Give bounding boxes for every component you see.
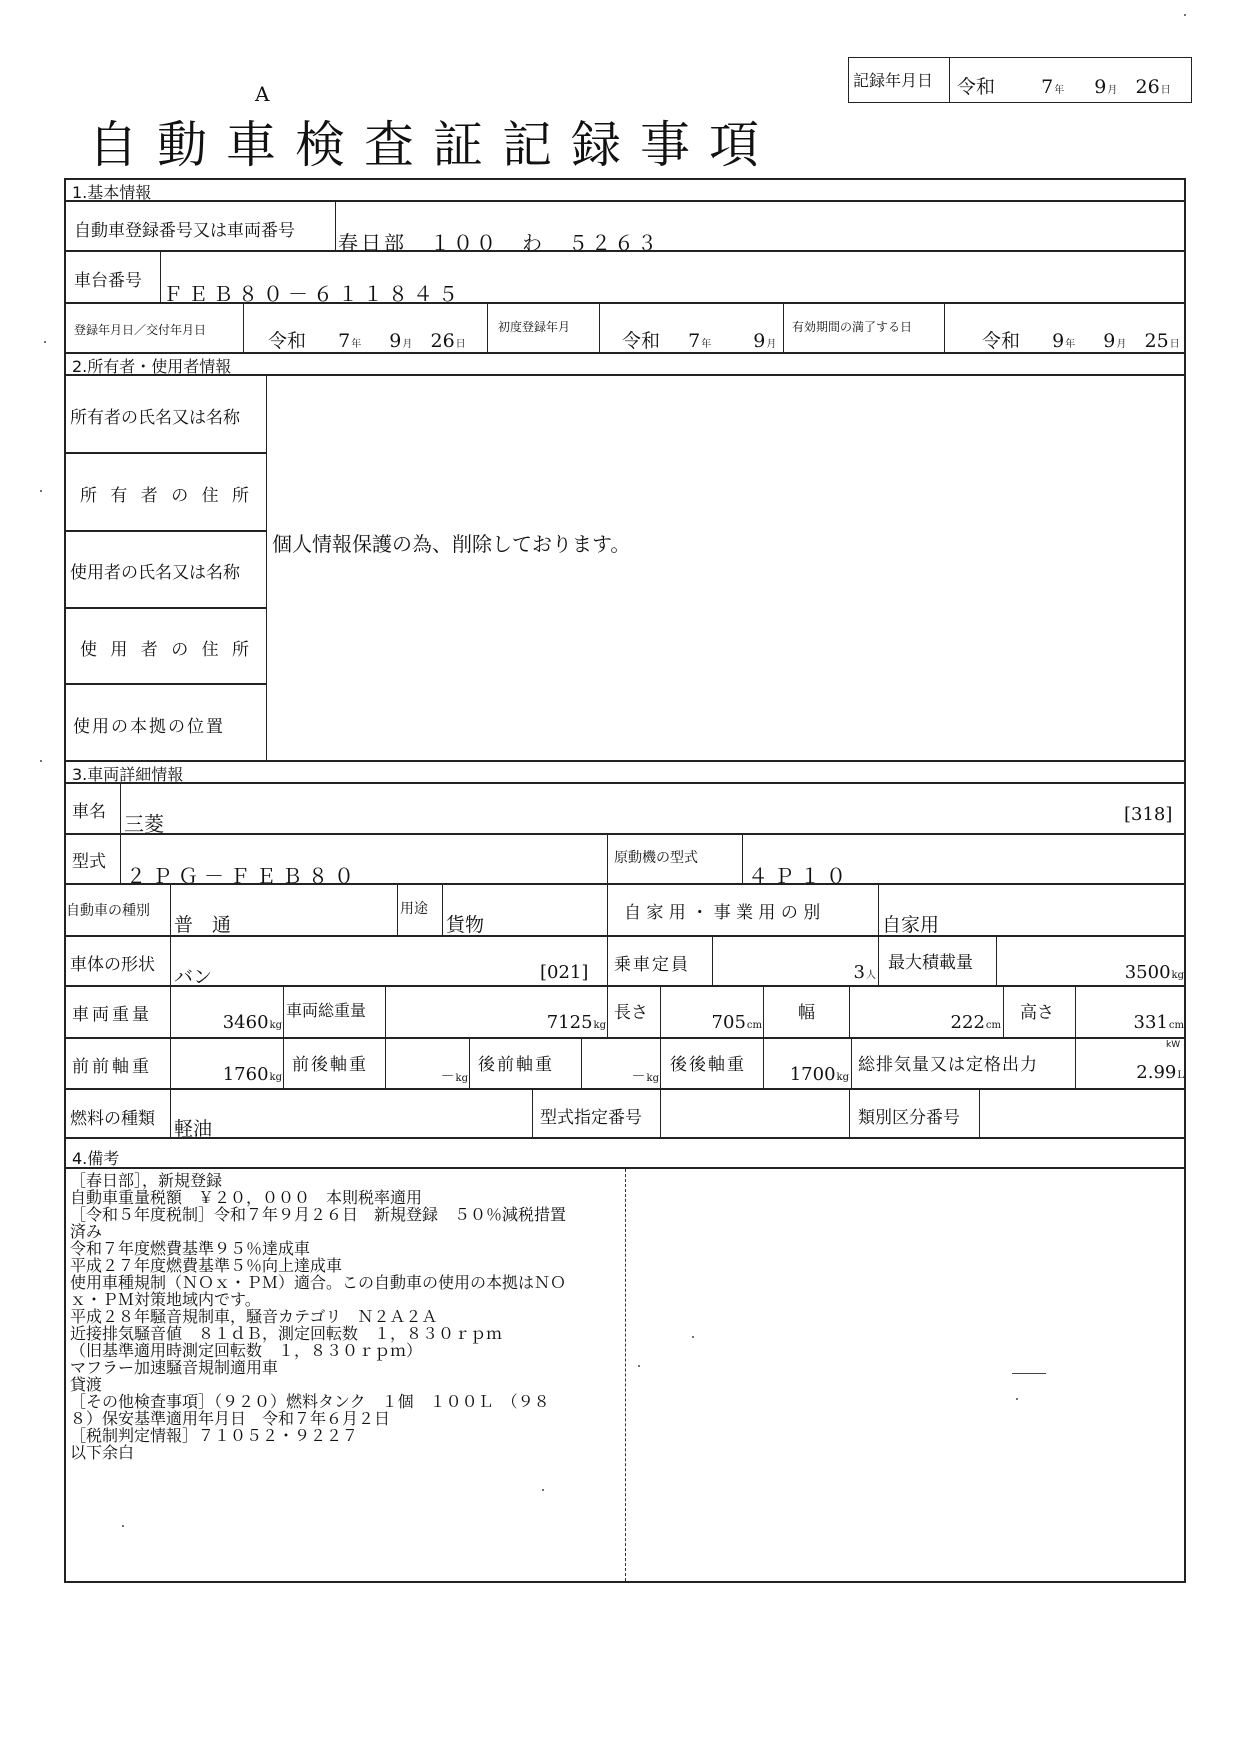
rear-front-axle-label: 後前軸重 <box>478 1050 554 1075</box>
value: 3500 <box>1125 962 1171 983</box>
record-date-month: 9 <box>1094 76 1106 98</box>
unit: cm <box>1169 1020 1184 1031</box>
chassis-number-label: 車台番号 <box>74 266 142 291</box>
value: 1760 <box>223 1064 269 1085</box>
value: 3460 <box>223 1012 269 1033</box>
vehicle-name-label: 車名 <box>72 797 106 822</box>
front-front-axle-label: 前前軸重 <box>72 1052 152 1077</box>
day-unit: 日 <box>1161 85 1171 96</box>
remarks-line: 貸渡 <box>70 1376 566 1393</box>
gross-weight-value: 7125kg <box>385 1012 606 1033</box>
month: 9 <box>389 330 401 352</box>
body-shape-code: [021] <box>540 962 588 983</box>
body-shape-value: バン <box>174 962 212 989</box>
remarks-line: ［その他検査事項］（９２０）燃料タンク １個 １００Ｌ （９８ <box>70 1393 566 1410</box>
user-name-label: 使用者の氏名又は名称 <box>70 558 240 583</box>
base-location-label: 使用の本拠の位置 <box>73 712 225 737</box>
type-designation-label: 型式指定番号 <box>540 1103 642 1128</box>
vehicle-type-label: 自動車の種別 <box>66 900 150 920</box>
value: 2.99 <box>1136 1062 1176 1083</box>
era: 令和 <box>622 330 660 352</box>
remarks-line: 以下余白 <box>70 1444 566 1461</box>
registration-date-label: 登録年月日／交付年月日 <box>74 321 206 338</box>
remarks-line: 令和７年度燃費基準９５％達成車 <box>70 1240 566 1257</box>
expiry-date-value: 令和 9年 9月 25日 <box>982 326 1180 353</box>
remarks-line: ［春日部］，新規登録 <box>70 1172 566 1189</box>
record-date-year: 7 <box>1041 76 1053 98</box>
record-date-era: 令和 <box>957 76 995 98</box>
value: 1700 <box>790 1064 836 1085</box>
month-unit: 月 <box>402 339 412 350</box>
value: 331 <box>1134 1012 1168 1033</box>
year-unit: 年 <box>351 339 361 350</box>
day-unit: 日 <box>1170 339 1180 350</box>
section-header-owner-user-info: 2.所有者・使用者情報 <box>72 354 231 377</box>
remarks-line: 近接排気騒音値 ８１ｄＢ，測定回転数 １，８３０ｒｐｍ <box>70 1325 566 1342</box>
month-unit: 月 <box>1107 85 1117 96</box>
unit: kg <box>270 1072 282 1083</box>
expiry-date-label: 有効期間の満了する日 <box>792 318 912 335</box>
displacement-value: 2.99L <box>1075 1062 1184 1083</box>
registration-number-label: 自動車登録番号又は車両番号 <box>74 216 295 241</box>
first-registration-label: 初度登録年月 <box>498 318 570 335</box>
record-date-value: 令和 7年 9月 26日 <box>957 72 1171 99</box>
rear-rear-axle-label: 後後軸重 <box>670 1050 746 1075</box>
remarks-text: ［春日部］，新規登録自動車重量税額 ￥２０，０００ 本則税率適用［令和５年度税制… <box>70 1172 566 1461</box>
redaction-note: 個人情報保護の為、削除しております。 <box>272 528 630 557</box>
year-unit: 年 <box>1065 339 1075 350</box>
body-shape-label: 車体の形状 <box>70 950 155 975</box>
month: 9 <box>753 330 765 352</box>
unit: kg <box>594 1020 606 1031</box>
remarks-line: ［税制判定情報］７１０５２・９２２７ <box>70 1427 566 1444</box>
front-front-axle-value: 1760kg <box>170 1064 282 1085</box>
length-label: 長さ <box>614 998 648 1023</box>
era: 令和 <box>268 330 306 352</box>
record-date-box: 記録年月日 令和 7年 9月 26日 <box>848 57 1192 103</box>
remarks-line: 使用車種規制（ＮＯｘ・ＰＭ）適合。この自動車の使用の本拠はＮＯ <box>70 1274 566 1291</box>
vehicle-weight-value: 3460kg <box>170 1012 282 1033</box>
value: 222 <box>951 1012 985 1033</box>
rear-front-axle-value: －kg <box>581 1066 659 1086</box>
record-date-day: 26 <box>1135 76 1159 98</box>
unit: kg <box>1172 970 1184 981</box>
value: 3 <box>854 962 865 983</box>
day-unit: 日 <box>456 339 466 350</box>
unit: kg <box>456 1073 468 1084</box>
category-number-label: 類別区分番号 <box>858 1103 960 1128</box>
section-header-vehicle-details: 3.車両詳細情報 <box>72 762 183 785</box>
vehicle-type-value: 普 通 <box>174 910 231 937</box>
max-load-value: 3500kg <box>996 962 1184 983</box>
unit: L <box>1177 1070 1184 1081</box>
day: 26 <box>430 330 454 352</box>
value: － <box>632 1069 646 1085</box>
displacement-label: 総排気量又は定格出力 <box>858 1050 1038 1075</box>
remarks-line: マフラー加速騒音規制適用車 <box>70 1359 566 1376</box>
value: 705 <box>712 1012 746 1033</box>
capacity-label: 乗車定員 <box>614 950 690 975</box>
purpose-label: 用途 <box>400 898 428 918</box>
gross-weight-label: 車両総重量 <box>286 998 366 1021</box>
year-unit: 年 <box>1054 85 1064 96</box>
vehicle-name-value: 三菱 <box>124 808 164 837</box>
model-label: 型式 <box>72 847 106 872</box>
value: 7125 <box>547 1012 593 1033</box>
remarks-line: 自動車重量税額 ￥２０，０００ 本則税率適用 <box>70 1189 566 1206</box>
year: 9 <box>1052 330 1064 352</box>
rear-rear-axle-value: 1700kg <box>763 1064 849 1085</box>
purpose-value: 貨物 <box>446 910 484 937</box>
width-value: 222cm <box>849 1012 1001 1033</box>
remarks-line: ８）保安基準適用年月日 令和７年６月２日 <box>70 1410 566 1427</box>
private-commercial-value: 自家用 <box>882 910 939 937</box>
section-header-basic-info: 1.基本情報 <box>72 180 151 203</box>
front-rear-axle-label: 前後軸重 <box>292 1050 368 1075</box>
model-value: ２ＰＧ－ＦＥＢ８０ <box>126 860 360 889</box>
engine-model-value: ４Ｐ１０ <box>748 860 852 889</box>
day: 25 <box>1144 330 1168 352</box>
height-label: 高さ <box>1020 998 1054 1023</box>
user-address-label: 使 用 者 の 住 所 <box>80 635 253 660</box>
fuel-type-label: 燃料の種類 <box>70 1104 155 1129</box>
month-unit: 月 <box>766 339 776 350</box>
fuel-type-value: 軽油 <box>174 1114 212 1141</box>
registration-date-value: 令和 7年 9月 26日 <box>268 326 466 353</box>
remarks-line: （旧基準適用時測定回転数 １，８３０ｒｐｍ） <box>70 1342 566 1359</box>
unit: kg <box>837 1072 849 1083</box>
remarks-line: ［令和５年度税制］令和７年９月２６日 新規登録 ５０％減税措置 <box>70 1206 566 1223</box>
value: － <box>441 1069 455 1085</box>
registration-number-value: 春日部 １００ わ ５２６３ <box>338 227 660 256</box>
private-commercial-label: 自 家 用 ・ 事 業 用 の 別 <box>624 898 820 923</box>
remarks-line: 済み <box>70 1223 566 1240</box>
length-value: 705cm <box>660 1012 762 1033</box>
width-label: 幅 <box>798 998 815 1023</box>
first-registration-value: 令和 7年 9月 <box>622 326 776 353</box>
remarks-line: 平成２８年騒音規制車，騒音カテゴリ Ｎ２Ａ２Ａ <box>70 1308 566 1325</box>
displacement-unit-kw: kW <box>1166 1040 1180 1050</box>
era: 令和 <box>982 330 1020 352</box>
owner-name-label: 所有者の氏名又は名称 <box>70 403 240 428</box>
remarks-line: 平成２７年度燃費基準５％向上達成車 <box>70 1257 566 1274</box>
unit: cm <box>747 1020 762 1031</box>
month: 9 <box>1103 330 1115 352</box>
unit: kg <box>270 1020 282 1031</box>
section-header-remarks: 4.備考 <box>72 1146 119 1169</box>
chassis-number-value: ＦＥＢ８０－６１１８４５ <box>163 278 463 307</box>
page-title: 自動車検査証記録事項 <box>88 115 778 175</box>
vehicle-weight-label: 車両重量 <box>72 1000 152 1025</box>
max-load-label: 最大積載量 <box>888 948 973 973</box>
vehicle-name-code: [318] <box>1124 804 1172 825</box>
month-unit: 月 <box>1116 339 1126 350</box>
engine-model-label: 原動機の型式 <box>614 847 698 867</box>
unit: kg <box>647 1073 659 1084</box>
copy-mark: A <box>255 82 269 106</box>
front-rear-axle-value: －kg <box>385 1066 468 1086</box>
record-date-label: 記録年月日 <box>853 68 933 91</box>
height-value: 331cm <box>1075 1012 1184 1033</box>
year-unit: 年 <box>701 339 711 350</box>
owner-address-label: 所 有 者 の 住 所 <box>80 481 253 506</box>
unit: cm <box>986 1020 1001 1031</box>
year: 7 <box>688 330 700 352</box>
unit: 人 <box>866 970 876 981</box>
year: 7 <box>338 330 350 352</box>
capacity-value: 3人 <box>712 962 876 983</box>
remarks-line: ｘ・ＰＭ対策地域内です。 <box>70 1291 566 1308</box>
